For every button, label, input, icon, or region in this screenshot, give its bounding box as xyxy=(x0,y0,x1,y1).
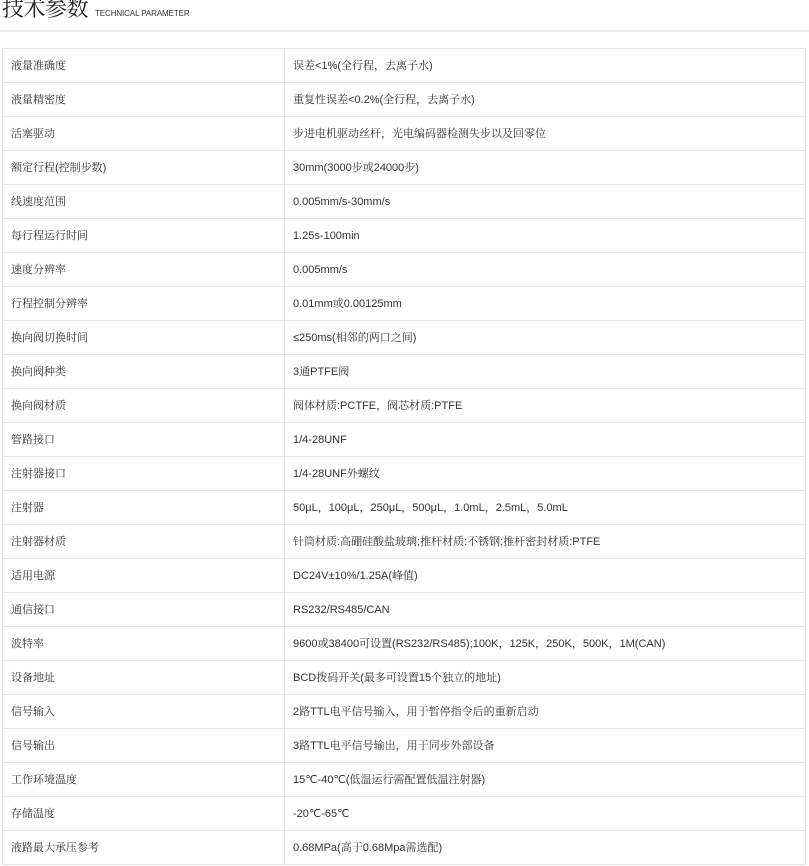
table-row: 存储温度-20℃-65℃ xyxy=(3,797,806,831)
parameter-value: 针筒材质:高硼硅酸盐玻璃;推杆材质:不锈钢;推杆密封材质:PTFE xyxy=(285,525,806,559)
parameter-value: 15℃-40℃(低温运行需配置低温注射器) xyxy=(285,763,806,797)
parameter-value: 步进电机驱动丝杆，光电编码器检测失步以及回零位 xyxy=(285,117,806,151)
parameter-value: 3通PTFE阀 xyxy=(285,355,806,389)
parameter-name: 行程控制分辨率 xyxy=(3,287,285,321)
parameter-name: 通信接口 xyxy=(3,593,285,627)
table-row: 信号输出3路TTL电平信号输出，用于同步外部设备 xyxy=(3,729,806,763)
parameter-name: 波特率 xyxy=(3,627,285,661)
table-row: 注射器接口1/4-28UNF外螺纹 xyxy=(3,457,806,491)
parameter-name: 设备地址 xyxy=(3,661,285,695)
spec-table-body: 液量准确度误差<1%(全行程，去离子水)液量精密度重复性误差<0.2%(全行程，… xyxy=(3,49,806,865)
parameter-value: 0.01mm或0.00125mm xyxy=(285,287,806,321)
table-row: 液路最大承压参考0.68MPa(高于0.68Mpa需选配) xyxy=(3,831,806,865)
table-row: 通信接口RS232/RS485/CAN xyxy=(3,593,806,627)
parameter-name: 液量精密度 xyxy=(3,83,285,117)
parameter-value: 误差<1%(全行程，去离子水) xyxy=(285,49,806,83)
parameter-value: RS232/RS485/CAN xyxy=(285,593,806,627)
parameter-name: 速度分辨率 xyxy=(3,253,285,287)
table-row: 管路接口1/4-28UNF xyxy=(3,423,806,457)
parameter-name: 额定行程(控制步数) xyxy=(3,151,285,185)
table-row: 换向阀材质阀体材质:PCTFE，阀芯材质:PTFE xyxy=(3,389,806,423)
parameter-name: 工作环境温度 xyxy=(3,763,285,797)
section-header: 技术参数 TECHNICAL PARAMETER xyxy=(0,0,809,32)
parameter-value: 2路TTL电平信号输入，用于暂停指令后的重新启动 xyxy=(285,695,806,729)
parameter-value: 1/4-28UNF xyxy=(285,423,806,457)
table-row: 注射器50μL，100μL，250μL，500μL，1.0mL，2.5mL，5.… xyxy=(3,491,806,525)
section-subtitle: TECHNICAL PARAMETER xyxy=(95,9,190,19)
parameter-value: 3路TTL电平信号输出，用于同步外部设备 xyxy=(285,729,806,763)
table-row: 换向阀种类3通PTFE阀 xyxy=(3,355,806,389)
parameter-value: 阀体材质:PCTFE，阀芯材质:PTFE xyxy=(285,389,806,423)
table-row: 行程控制分辨率0.01mm或0.00125mm xyxy=(3,287,806,321)
parameter-value: ≤250ms(相邻的两口之间) xyxy=(285,321,806,355)
table-row: 注射器材质针筒材质:高硼硅酸盐玻璃;推杆材质:不锈钢;推杆密封材质:PTFE xyxy=(3,525,806,559)
table-row: 信号输入2路TTL电平信号输入，用于暂停指令后的重新启动 xyxy=(3,695,806,729)
parameter-name: 注射器 xyxy=(3,491,285,525)
parameter-name: 液路最大承压参考 xyxy=(3,831,285,865)
parameter-name: 信号输出 xyxy=(3,729,285,763)
table-row: 活塞驱动步进电机驱动丝杆，光电编码器检测失步以及回零位 xyxy=(3,117,806,151)
parameter-name: 存储温度 xyxy=(3,797,285,831)
table-row: 换向阀切换时间≤250ms(相邻的两口之间) xyxy=(3,321,806,355)
parameter-value: 1/4-28UNF外螺纹 xyxy=(285,457,806,491)
parameter-value: DC24V±10%/1.25A(峰值) xyxy=(285,559,806,593)
table-row: 线速度范围0.005mm/s-30mm/s xyxy=(3,185,806,219)
section-title: 技术参数 xyxy=(2,0,88,24)
table-row: 额定行程(控制步数)30mm(3000步或24000步) xyxy=(3,151,806,185)
parameter-value: -20℃-65℃ xyxy=(285,797,806,831)
table-row: 工作环境温度15℃-40℃(低温运行需配置低温注射器) xyxy=(3,763,806,797)
table-row: 速度分辨率0.005mm/s xyxy=(3,253,806,287)
parameter-name: 线速度范围 xyxy=(3,185,285,219)
table-row: 适用电源DC24V±10%/1.25A(峰值) xyxy=(3,559,806,593)
parameter-value: 0.005mm/s-30mm/s xyxy=(285,185,806,219)
parameter-name: 注射器材质 xyxy=(3,525,285,559)
parameter-value: 重复性误差<0.2%(全行程，去离子水) xyxy=(285,83,806,117)
table-row: 液量准确度误差<1%(全行程，去离子水) xyxy=(3,49,806,83)
parameter-name: 信号输入 xyxy=(3,695,285,729)
parameter-name: 每行程运行时间 xyxy=(3,219,285,253)
parameter-name: 适用电源 xyxy=(3,559,285,593)
spec-table: 液量准确度误差<1%(全行程，去离子水)液量精密度重复性误差<0.2%(全行程，… xyxy=(2,48,806,865)
table-row: 每行程运行时间1.25s-100min xyxy=(3,219,806,253)
parameter-value: 50μL，100μL，250μL，500μL，1.0mL，2.5mL，5.0mL xyxy=(285,491,806,525)
parameter-value: 9600或38400可设置(RS232/RS485);100K，125K，250… xyxy=(285,627,806,661)
parameter-name: 换向阀材质 xyxy=(3,389,285,423)
parameter-name: 换向阀切换时间 xyxy=(3,321,285,355)
parameter-value: 0.68MPa(高于0.68Mpa需选配) xyxy=(285,831,806,865)
parameter-value: 30mm(3000步或24000步) xyxy=(285,151,806,185)
parameter-name: 换向阀种类 xyxy=(3,355,285,389)
table-row: 液量精密度重复性误差<0.2%(全行程，去离子水) xyxy=(3,83,806,117)
parameter-name: 注射器接口 xyxy=(3,457,285,491)
parameter-name: 管路接口 xyxy=(3,423,285,457)
table-row: 设备地址BCD拨码开关(最多可设置15个独立的地址) xyxy=(3,661,806,695)
parameter-value: BCD拨码开关(最多可设置15个独立的地址) xyxy=(285,661,806,695)
parameter-value: 1.25s-100min xyxy=(285,219,806,253)
parameter-value: 0.005mm/s xyxy=(285,253,806,287)
table-row: 波特率9600或38400可设置(RS232/RS485);100K，125K，… xyxy=(3,627,806,661)
parameter-name: 液量准确度 xyxy=(3,49,285,83)
parameter-name: 活塞驱动 xyxy=(3,117,285,151)
technical-parameter-page: 技术参数 TECHNICAL PARAMETER 液量准确度误差<1%(全行程，… xyxy=(0,0,809,866)
